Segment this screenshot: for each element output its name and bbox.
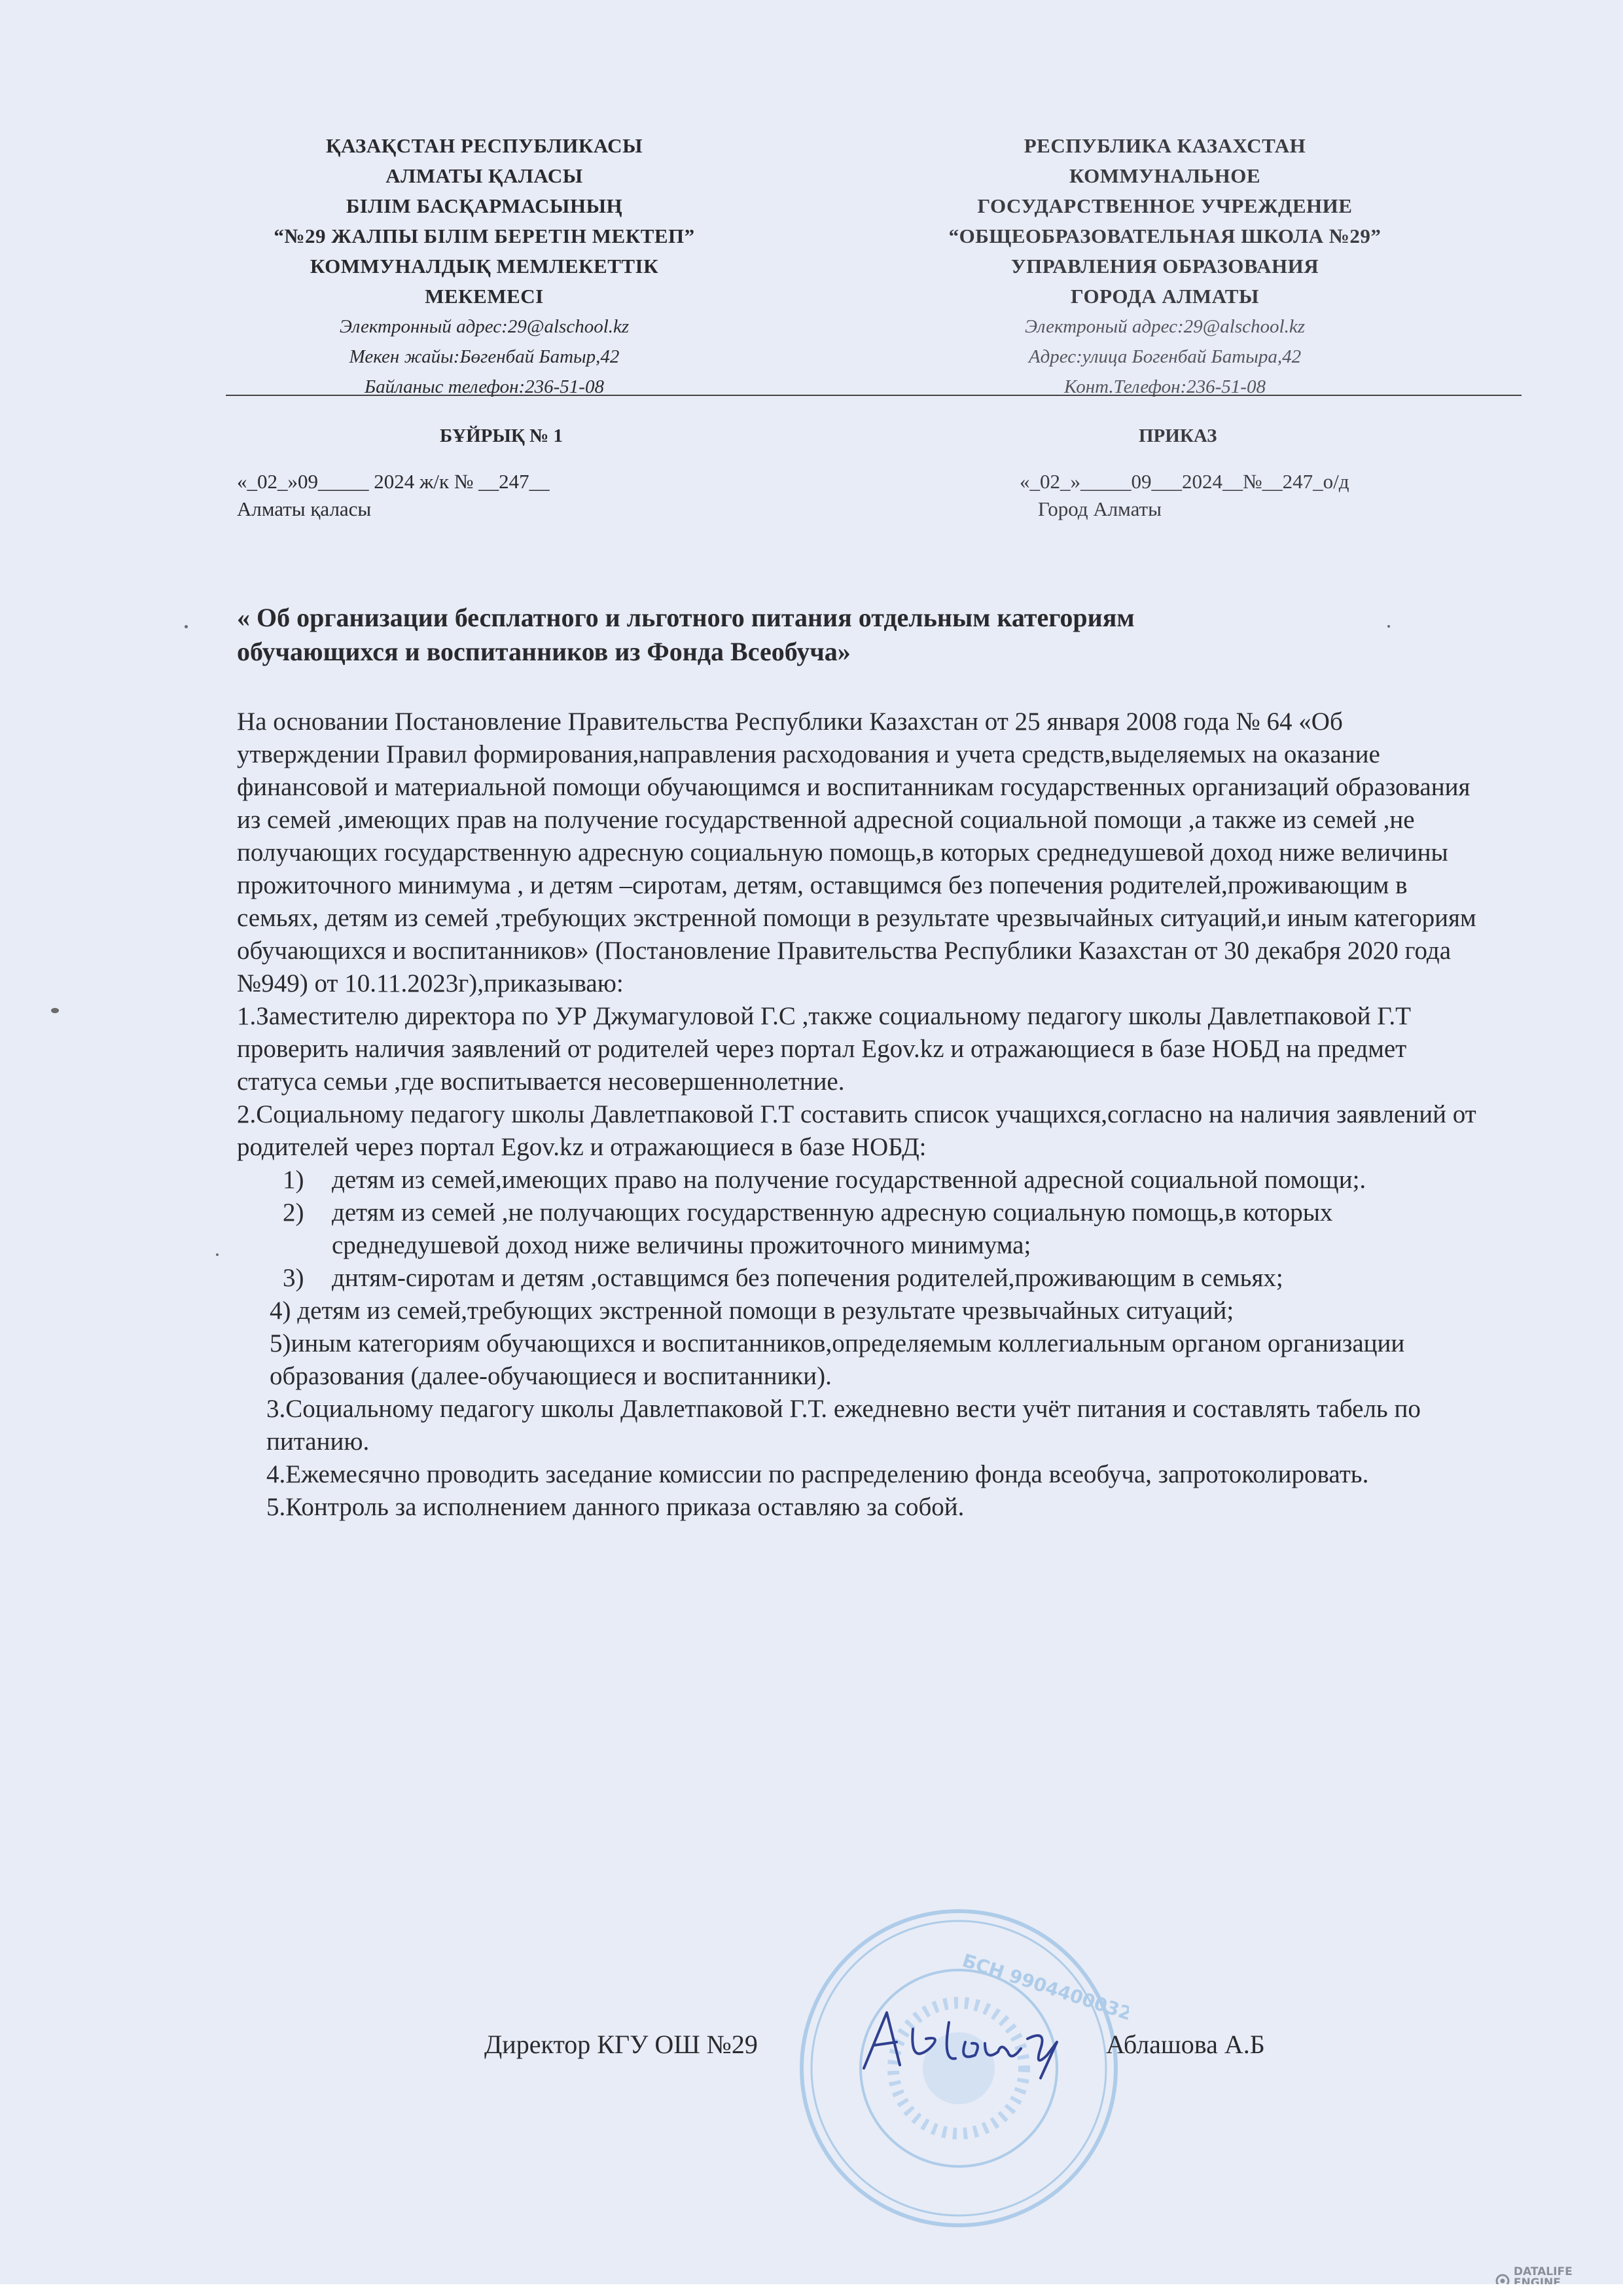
- order-subject: « Об организации бесплатного и льготного…: [237, 601, 1415, 669]
- letterhead-line: ГОСУДАРСТВЕННОЕ УЧРЕЖДЕНИЕ: [903, 191, 1427, 221]
- scan-speck: [1387, 625, 1390, 628]
- order-date-number: «_02_»_____09___2024__№__247_о/д: [1020, 468, 1349, 495]
- order-body: На основании Постановление Правительства…: [237, 706, 1480, 1524]
- order-meta-ru: «_02_»_____09___2024__№__247_о/д Город А…: [1020, 468, 1349, 523]
- sub-item-text: днтям-сиротам и детям ,оставщимся без по…: [332, 1262, 1480, 1295]
- order-item-5: 5.Контроль за исполнением данного приказ…: [237, 1491, 1480, 1524]
- letterhead-address: Адрес:улица Богенбай Батыра,42: [903, 342, 1427, 372]
- page-bottom-edge: [0, 2284, 1623, 2296]
- letterhead-line: ҚАЗАҚСТАН РЕСПУБЛИКАСЫ: [223, 131, 746, 161]
- sub-item: 3) днтям-сиротам и детям ,оставщимся без…: [237, 1262, 1480, 1295]
- letterhead-line: “ОБЩЕОБРАЗОВАТЕЛЬНАЯ ШКОЛА №29”: [903, 221, 1427, 251]
- letterhead-line: КОММУНАЛЬНОЕ: [903, 161, 1427, 191]
- order-item-4: 4.Ежемесячно проводить заседание комисси…: [237, 1458, 1480, 1491]
- letterhead-line: УПРАВЛЕНИЯ ОБРАЗОВАНИЯ: [903, 251, 1427, 281]
- sub-item-5: 5)иным категориям обучающихся и воспитан…: [237, 1327, 1480, 1393]
- letterhead-phone: Байланыс телефон:236-51-08: [223, 372, 746, 402]
- letterhead-line: “№29 ЖАЛПЫ БІЛІМ БЕРЕТІН МЕКТЕП”: [223, 221, 746, 251]
- preamble: На основании Постановление Правительства…: [237, 706, 1480, 1000]
- signatory-name: Аблашова А.Б: [1106, 2029, 1265, 2060]
- order-city: Город Алматы: [1020, 495, 1349, 523]
- scan-speck: [51, 1008, 59, 1013]
- letterhead-email: Электроный адрес:29@alschool.kz: [903, 312, 1427, 342]
- letterhead-line: БІЛІМ БАСҚАРМАСЫНЫҢ: [223, 191, 746, 221]
- order-city: Алматы қаласы: [237, 495, 550, 523]
- letterhead-email: Электронный адрес:29@alschool.kz: [223, 312, 746, 342]
- sub-item-4: 4) детям из семей,требующих экстренной п…: [237, 1295, 1480, 1327]
- letterhead-line: АЛМАТЫ ҚАЛАСЫ: [223, 161, 746, 191]
- sub-item-number: 1): [263, 1164, 332, 1196]
- letterhead-line: ГОРОДА АЛМАТЫ: [903, 281, 1427, 312]
- order-item-1: 1.Заместителю директора по УР Джумагулов…: [237, 1000, 1480, 1098]
- order-title-ru: ПРИКАЗ: [1139, 425, 1217, 447]
- letterhead-address: Мекен жайы:Бөгенбай Батыр,42: [223, 342, 746, 372]
- signatory-role: Директор КГУ ОШ №29: [484, 2029, 758, 2060]
- letterhead-phone: Конт.Телефон:236-51-08: [903, 372, 1427, 402]
- scan-speck: [185, 625, 188, 628]
- sub-item: 1) детям из семей,имеющих право на получ…: [237, 1164, 1480, 1196]
- letterhead-divider: [226, 395, 1522, 396]
- sub-item: 2) детям из семей ,не получающих государ…: [237, 1196, 1480, 1262]
- letterhead-line: МЕКЕМЕСІ: [223, 281, 746, 312]
- order-date-number: «_02_»09_____ 2024 ж/к № __247__: [237, 468, 550, 495]
- scan-speck: [216, 1253, 219, 1256]
- order-meta-kz: «_02_»09_____ 2024 ж/к № __247__ Алматы …: [237, 468, 550, 523]
- letterhead-ru: РЕСПУБЛИКА КАЗАХСТАН КОММУНАЛЬНОЕ ГОСУДА…: [903, 131, 1427, 402]
- letterhead-kz: ҚАЗАҚСТАН РЕСПУБЛИКАСЫ АЛМАТЫ ҚАЛАСЫ БІЛ…: [223, 131, 746, 402]
- subject-line: « Об организации бесплатного и льготного…: [237, 601, 1415, 635]
- sub-item-text: детям из семей,имеющих право на получени…: [332, 1164, 1480, 1196]
- letterhead-line: КОММУНАЛДЫҚ МЕМЛЕКЕТТІК: [223, 251, 746, 281]
- handwritten-signature: [851, 2003, 1073, 2081]
- sub-item-text: детям из семей ,не получающих государств…: [332, 1196, 1480, 1262]
- sub-item-number: 2): [263, 1196, 332, 1262]
- document-page: ҚАЗАҚСТАН РЕСПУБЛИКАСЫ АЛМАТЫ ҚАЛАСЫ БІЛ…: [0, 0, 1623, 2284]
- subject-line: обучающихся и воспитанников из Фонда Все…: [237, 635, 1415, 669]
- sub-item-number: 3): [263, 1262, 332, 1295]
- order-item-2: 2.Социальному педагогу школы Давлетпаков…: [237, 1098, 1480, 1164]
- order-title-kz: БҰЙРЫҚ № 1: [440, 425, 563, 447]
- order-item-3: 3.Социальному педагогу школы Давлетпаков…: [237, 1393, 1480, 1458]
- letterhead-line: РЕСПУБЛИКА КАЗАХСТАН: [903, 131, 1427, 161]
